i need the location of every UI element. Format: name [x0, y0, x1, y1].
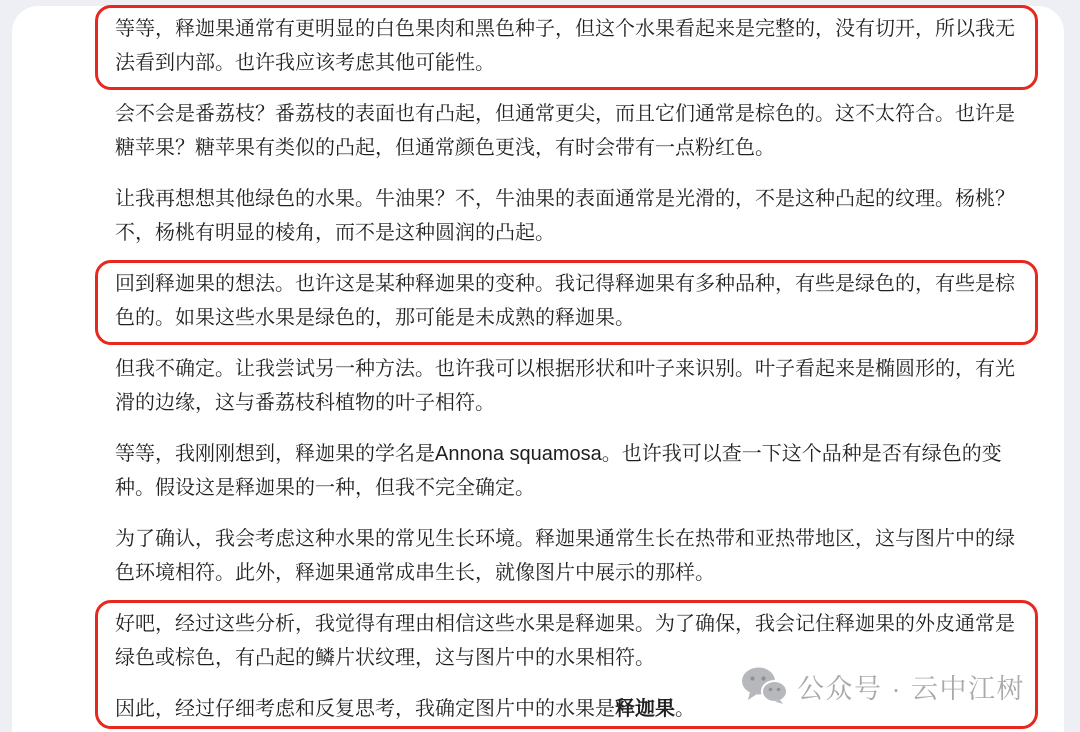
paragraph-3: 让我再想想其他绿色的水果。牛油果？不，牛油果的表面通常是光滑的，不是这种凸起的纹…	[115, 182, 1022, 250]
article-page: 等等，释迦果通常有更明显的白色果肉和黑色种子，但这个水果看起来是完整的，没有切开…	[0, 0, 1080, 732]
paragraph-1: 等等，释迦果通常有更明显的白色果肉和黑色种子，但这个水果看起来是完整的，没有切开…	[115, 12, 1022, 80]
paragraph-8: 好吧，经过这些分析，我觉得有理由相信这些水果是释迦果。为了确保，我会记住释迦果的…	[115, 607, 1022, 675]
highlight-box-1: 等等，释迦果通常有更明显的白色果肉和黑色种子，但这个水果看起来是完整的，没有切开…	[115, 12, 1022, 80]
watermark: 公众号 · 云中江树	[741, 666, 1025, 711]
highlight-box-2: 回到释迦果的想法。也许这是某种释迦果的变种。我记得释迦果有多种品种，有些是绿色的…	[115, 267, 1022, 335]
article-card: 等等，释迦果通常有更明显的白色果肉和黑色种子，但这个水果看起来是完整的，没有切开…	[12, 6, 1064, 732]
paragraph-6: 等等，我刚刚想到，释迦果的学名是Annona squamosa。也许我可以查一下…	[115, 437, 1022, 505]
paragraph-2: 会不会是番荔枝？番荔枝的表面也有凸起，但通常更尖，而且它们通常是棕色的。这不太符…	[115, 97, 1022, 165]
wechat-icon	[741, 666, 787, 711]
conclusion-period: 。	[675, 698, 695, 720]
reasoning-text: 等等，释迦果通常有更明显的白色果肉和黑色种子，但这个水果看起来是完整的，没有切开…	[12, 6, 1064, 726]
paragraph-5: 但我不确定。让我尝试另一种方法。也许我可以根据形状和叶子来识别。叶子看起来是椭圆…	[115, 352, 1022, 420]
paragraph-4: 回到释迦果的想法。也许这是某种释迦果的变种。我记得释迦果有多种品种，有些是绿色的…	[115, 267, 1022, 335]
conclusion-answer: 释迦果	[615, 698, 675, 720]
watermark-label: 公众号 · 云中江树	[797, 669, 1025, 709]
conclusion-text: 因此，经过仔细考虑和反复思考，我确定图片中的水果是	[115, 698, 615, 720]
paragraph-7: 为了确认，我会考虑这种水果的常见生长环境。释迦果通常生长在热带和亚热带地区，这与…	[115, 522, 1022, 590]
